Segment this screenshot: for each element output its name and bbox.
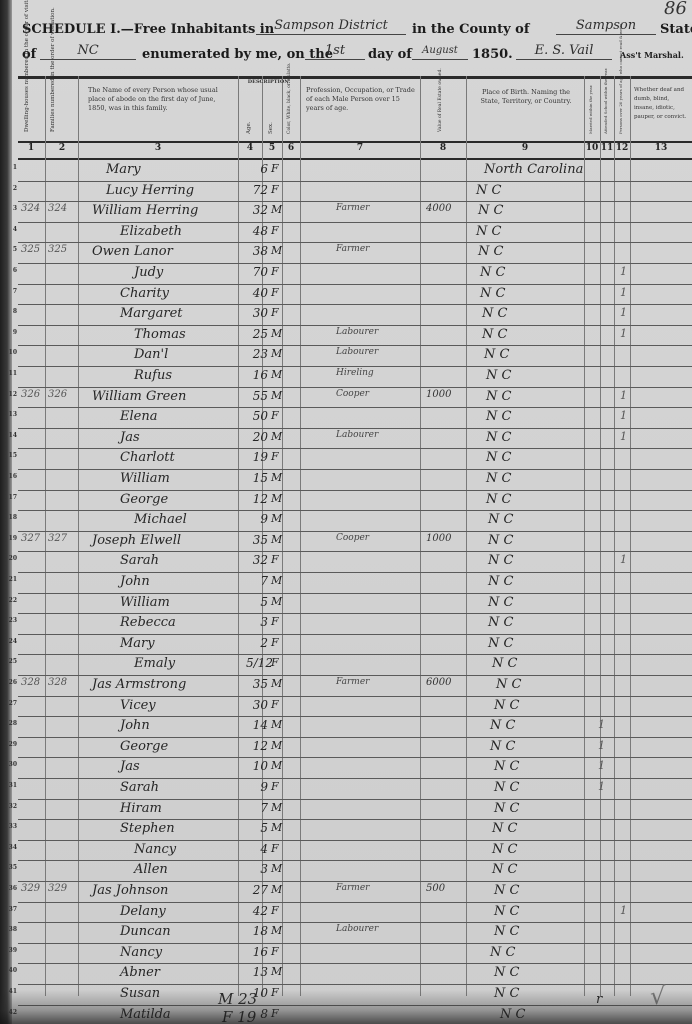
line-number: 12 [5,391,17,398]
illiterate-mark: 1 [620,327,627,340]
school-mark: 1 [598,739,605,752]
table-row: 22William5MN C [18,593,692,615]
birthplace-value: N C [486,389,511,404]
sex-value: M [271,821,282,834]
birthplace-value: N C [476,183,501,198]
line-number: 30 [5,761,17,768]
colnum-7: 7 [350,143,370,153]
line-number: 36 [5,885,17,892]
line-number: 4 [5,226,17,233]
table-row: 28John14MN C1 [18,716,692,738]
person-name: Delany [120,904,166,919]
family-number: 329 [48,883,67,894]
birthplace-value: N C [492,862,517,877]
page-number: 86 [664,0,687,19]
sex-value: F [271,162,279,175]
sex-value: M [271,595,282,608]
line-number: 34 [5,844,17,851]
person-name: George [120,739,168,754]
birthplace-value: N C [494,965,519,980]
sex-value: F [271,553,279,566]
birthplace-value: N C [488,595,513,610]
birthplace-value: N C [482,306,507,321]
birthplace-value: N C [496,677,521,692]
line-number: 16 [5,473,17,480]
table-row: 2Lucy Herring72FN C [18,181,692,203]
day-field: 1st [305,43,365,60]
birthplace-value: N C [488,615,513,630]
header-col-11: Attended School within the year. [603,78,608,134]
person-name: Stephen [120,821,175,836]
person-name: Joseph Elwell [92,533,181,548]
birthplace-value: N C [486,471,511,486]
birthplace-value: N C [492,821,517,836]
table-row: 14Jas20MLabourerN C1 [18,428,692,450]
birthplace-value: N C [488,533,513,548]
line-number: 8 [5,308,17,315]
line-number: 27 [5,700,17,707]
birthplace-value: N C [486,450,511,465]
birthplace-value: N C [488,553,513,568]
sex-value: M [271,862,282,875]
line-number: 15 [5,452,17,459]
family-number: 324 [48,203,67,214]
line-number: 1 [5,164,17,171]
table-row: 16William15MN C [18,469,692,491]
birthplace-value: N C [482,327,507,342]
table-row: 6Judy70FN C1 [18,263,692,285]
occupation-value: Cooper [336,533,369,543]
person-name: Rufus [134,368,172,383]
age-value: 3 [246,615,268,629]
table-row: 11Rufus16MHirelingN C [18,366,692,388]
birthplace-value: N C [478,244,503,259]
age-value: 3 [246,862,268,876]
age-value: 35 [246,677,268,691]
family-number: 327 [48,533,67,544]
line-number: 9 [5,329,17,336]
age-value: 14 [246,718,268,732]
table-row: 34Nancy4FN C [18,840,692,862]
age-value: 4 [246,842,268,856]
age-value: 32 [246,203,268,217]
age-value: 70 [246,265,268,279]
sex-value: M [271,739,282,752]
header-col-1: Dwelling-houses numbered in the order of… [24,76,30,132]
line-number: 22 [5,597,17,604]
dwelling-number: 325 [21,244,40,255]
colnum-2: 2 [52,143,72,153]
birthplace-value: N C [486,492,511,507]
occupation-value: Farmer [336,677,369,687]
colnum-5: 5 [262,143,282,153]
table-row: 17George12MN C [18,490,692,512]
person-name: George [120,492,168,507]
birthplace-value: N C [488,636,513,651]
birthplace-value: N C [494,801,519,816]
person-name: Sarah [120,780,159,795]
person-name: Margaret [120,306,182,321]
age-value: 2 [246,636,268,650]
person-name: Emaly [134,656,175,671]
illiterate-mark: 1 [620,389,627,402]
county-label: in the County of [412,22,529,37]
table-row: 15Charlott19FN C [18,448,692,470]
table-row: 40Abner13MN C [18,963,692,985]
person-name: Elena [120,409,157,424]
county-field: Sampson [556,18,656,35]
person-name: Hiram [120,801,162,816]
age-value: 19 [246,450,268,464]
table-row: 18Michael9MN C [18,510,692,532]
age-value: 38 [246,244,268,258]
line-number: 28 [5,720,17,727]
sex-value: F [271,615,279,628]
year-label: 1850. [472,47,513,62]
birthplace-value: N C [486,368,511,383]
person-name: Michael [134,512,187,527]
age-value: 15 [246,471,268,485]
sex-value: M [271,801,282,814]
occupation-value: Farmer [336,203,369,213]
header-col-7: Profession, Occupation, or Trade of each… [306,86,416,113]
line-number: 24 [5,638,17,645]
table-row: 32Hiram7MN C [18,799,692,821]
header-col-5: Sex. [268,122,274,134]
header-col-10: Married within the year. [588,78,593,134]
person-name: Judy [134,265,163,280]
colnum-8: 8 [433,143,453,153]
real-estate-value: 500 [426,883,445,894]
header-col-2: Families numbered in the order of visita… [50,76,56,132]
line-number: 10 [5,349,17,356]
age-value: 32 [246,553,268,567]
table-row: 19327327Joseph Elwell35MCooper1000N C [18,531,692,553]
table-row: 1Mary6FNorth Carolina [18,160,692,182]
sex-value: F [271,842,279,855]
colnum-6: 6 [281,143,301,153]
birthplace-value: North Carolina [484,162,583,177]
birthplace-value: N C [494,698,519,713]
line-number: 26 [5,679,17,686]
age-value: 48 [246,224,268,238]
colnum-13: 13 [651,143,671,153]
person-name: William Green [92,389,186,404]
sex-value: F [271,945,279,958]
sex-value: M [271,471,282,484]
family-number: 326 [48,389,67,400]
line-number: 32 [5,803,17,810]
occupation-value: Labourer [336,924,378,934]
table-row: 20Sarah32FN C1 [18,551,692,573]
line-number: 21 [5,576,17,583]
sex-value: M [271,965,282,978]
line-number: 37 [5,906,17,913]
table-row: 36329329Jas Johnson27MFarmer500N C [18,881,692,903]
birthplace-value: N C [494,883,519,898]
sex-value: M [271,347,282,360]
birthplace-value: N C [480,286,505,301]
birthplace-value: N C [492,842,517,857]
occupation-value: Cooper [336,389,369,399]
birthplace-value: N C [484,347,509,362]
sex-value: F [271,183,279,196]
illiterate-mark: 1 [620,904,627,917]
header-col-12: Persons over 20 years of age who cannot … [618,78,623,134]
school-mark: 1 [598,759,605,772]
real-estate-value: 4000 [426,203,451,214]
sex-value: M [271,924,282,937]
line-number: 13 [5,411,17,418]
table-row: 10Dan'l23MLabourerN C [18,345,692,367]
sex-value: M [271,883,282,896]
line-number: 20 [5,555,17,562]
header-col-3: The Name of every Person whose usual pla… [88,86,228,113]
line-number: 33 [5,823,17,830]
age-value: 9 [246,512,268,526]
table-row: 26328328Jas Armstrong35MFarmer6000N C [18,675,692,697]
age-value: 23 [246,347,268,361]
table-row: 12326326William Green55MCooper1000N C1 [18,387,692,409]
birthplace-value: N C [488,512,513,527]
person-name: Allen [134,862,168,877]
sex-value: F [271,636,279,649]
person-name: John [120,574,150,589]
table-row: 5325325Owen Lanor38MFarmerN C [18,242,692,264]
dwelling-number: 324 [21,203,40,214]
age-value: 13 [246,965,268,979]
sex-value: M [271,718,282,731]
birthplace-value: N C [490,945,515,960]
age-value: 7 [246,574,268,588]
age-value: 35 [246,533,268,547]
line-number: 2 [5,185,17,192]
colnum-1: 1 [21,143,41,153]
person-name: Jas Johnson [92,883,168,898]
person-name: Abner [120,965,160,980]
sex-value: F [271,409,279,422]
line-number: 17 [5,494,17,501]
age-value: 42 [246,904,268,918]
sex-value: F [271,780,279,793]
birthplace-value: N C [494,780,519,795]
table-row: 25Emaly5/12FN C [18,654,692,676]
age-value: 55 [246,389,268,403]
line-number: 6 [5,267,17,274]
age-value: 27 [246,883,268,897]
age-value: 10 [246,759,268,773]
age-value: 50 [246,409,268,423]
table-row: 9Thomas25MLabourerN C1 [18,325,692,347]
colnum-9: 9 [515,143,535,153]
birthplace-value: N C [494,924,519,939]
marshal-field: E. S. Vail [516,43,612,60]
page-shadow [0,990,692,1024]
sex-value: M [271,368,282,381]
sex-value: F [271,286,279,299]
dwelling-number: 328 [21,677,40,688]
illiterate-mark: 1 [620,430,627,443]
line-number: 11 [5,370,17,377]
table-row: 35Allen3MN C [18,860,692,882]
birthplace-value: N C [480,265,505,280]
age-value: 16 [246,945,268,959]
table-row: 3324324William Herring32MFarmer4000N C [18,201,692,223]
person-name: William [120,595,170,610]
header-col-4: Age. [246,122,252,135]
person-name: Lucy Herring [106,183,194,198]
birthplace-value: N C [486,430,511,445]
day-of-label: day of [368,47,412,62]
person-name: William Herring [92,203,198,218]
person-name: John [120,718,150,733]
person-name: Owen Lanor [92,244,173,259]
sex-value: F [271,656,279,669]
line-number: 25 [5,658,17,665]
occupation-value: Labourer [336,347,378,357]
colnum-4: 4 [240,143,260,153]
table-row: 23Rebecca3FN C [18,613,692,635]
table-row: 31Sarah9FN C1 [18,778,692,800]
real-estate-value: 6000 [426,677,451,688]
age-value: 9 [246,780,268,794]
sex-value: M [271,203,282,216]
birthplace-value: N C [486,409,511,424]
sex-value: F [271,224,279,237]
line-number: 14 [5,432,17,439]
person-name: Mary [120,636,155,651]
age-value: 18 [246,924,268,938]
age-value: 72 [246,183,268,197]
illiterate-mark: 1 [620,409,627,422]
occupation-value: Farmer [336,244,369,254]
illiterate-mark: 1 [620,306,627,319]
person-name: Jas Armstrong [92,677,186,692]
header-col-9: Place of Birth. Naming the State, Territ… [476,88,576,106]
sex-value: M [271,677,282,690]
table-row: 37Delany42FN C1 [18,902,692,924]
sex-value: M [271,430,282,443]
sex-value: M [271,327,282,340]
sex-value: M [271,759,282,772]
occupation-value: Farmer [336,883,369,893]
birthplace-value: N C [478,203,503,218]
age-value: 30 [246,306,268,320]
sex-value: M [271,244,282,257]
colnum-3: 3 [148,143,168,153]
person-name: Duncan [120,924,171,939]
line-number: 23 [5,617,17,624]
age-value: 7 [246,801,268,815]
school-mark: 1 [598,718,605,731]
line-number: 29 [5,741,17,748]
occupation-value: Labourer [336,430,378,440]
table-row: 8Margaret30FN C1 [18,304,692,326]
person-name: Jas [120,430,140,445]
illiterate-mark: 1 [620,553,627,566]
person-name: William [120,471,170,486]
sex-value: M [271,492,282,505]
table-row: 30Jas10MN C1 [18,757,692,779]
real-estate-value: 1000 [426,533,451,544]
family-number: 328 [48,677,67,688]
table-row: 27Vicey30FN C [18,696,692,718]
age-value: 40 [246,286,268,300]
sex-value: F [271,306,279,319]
sex-value: M [271,512,282,525]
header-col-8: Value of Real Estate owned. [438,80,443,132]
line-number: 19 [5,535,17,542]
colnum-12: 12 [612,143,632,153]
state-label: State [660,22,692,37]
family-number: 325 [48,244,67,255]
age-value: 12 [246,492,268,506]
person-name: Nancy [120,945,162,960]
schedule-title: SCHEDULE I.—Free Inhabitants in [22,22,274,37]
table-row: 4Elizabeth48FN C [18,222,692,244]
birthplace-value: N C [490,718,515,733]
birthplace-value: N C [492,656,517,671]
table-row: 21John7MN C [18,572,692,594]
line-number: 40 [5,967,17,974]
age-value: 30 [246,698,268,712]
person-name: Charity [120,286,169,301]
sex-value: F [271,698,279,711]
birthplace-value: N C [494,759,519,774]
district-field: Sampson District [256,18,406,35]
dwelling-number: 329 [21,883,40,894]
illiterate-mark: 1 [620,286,627,299]
age-value: 25 [246,327,268,341]
illiterate-mark: 1 [620,265,627,278]
sex-value: F [271,450,279,463]
age-value: 20 [246,430,268,444]
age-value: 5/12 [246,656,268,670]
dwelling-number: 327 [21,533,40,544]
person-name: Jas [120,759,140,774]
table-row: 38Duncan18MLabourerN C [18,922,692,944]
real-estate-value: 1000 [426,389,451,400]
table-row: 33Stephen5MN C [18,819,692,841]
line-number: 7 [5,288,17,295]
census-page: 86 SCHEDULE I.—Free Inhabitants in Samps… [0,0,692,1024]
occupation-value: Hireling [336,368,374,378]
sex-value: M [271,389,282,402]
dwelling-number: 326 [21,389,40,400]
age-value: 6 [246,162,268,176]
birthplace-value: N C [488,574,513,589]
person-name: Sarah [120,553,159,568]
line-number: 5 [5,246,17,253]
age-value: 5 [246,821,268,835]
month-field: August [412,43,468,60]
sex-value: F [271,904,279,917]
table-row: 24Mary2FN C [18,634,692,656]
person-name: Vicey [120,698,156,713]
person-name: Nancy [134,842,176,857]
sex-value: F [271,265,279,278]
age-value: 12 [246,739,268,753]
sex-value: M [271,533,282,546]
marshal-label: Ass't Marshal. [620,50,684,60]
sex-value: M [271,574,282,587]
school-mark: 1 [598,780,605,793]
person-name: Mary [106,162,141,177]
table-row: 39Nancy16FN C [18,943,692,965]
header-col-13: Whether deaf and dumb, blind, insane, id… [634,86,690,122]
person-name: Dan'l [134,347,168,362]
person-name: Charlott [120,450,175,465]
